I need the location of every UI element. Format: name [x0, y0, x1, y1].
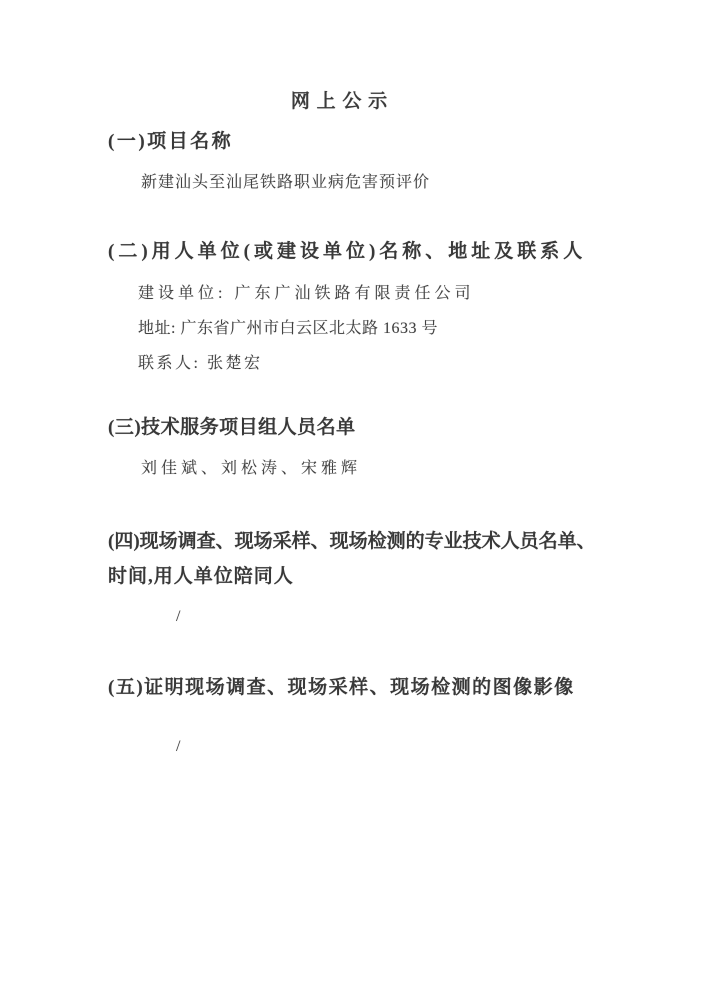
section-1-content-project-name: 新建汕头至汕尾铁路职业病危害预评价	[141, 173, 430, 193]
document-title: 网 上 公 示	[0, 90, 693, 114]
section-4-content-slash-placeholder: /	[176, 607, 180, 627]
section-4-heading-line-2: 时间,用人单位陪同人	[108, 565, 294, 589]
section-2-content-address: 地址: 广东省广州市白云区北太路 1633 号	[138, 319, 438, 339]
section-3-content-team-members: 刘佳斌、刘松涛、宋雅辉	[141, 459, 361, 479]
section-5-content-slash-placeholder: /	[176, 737, 180, 757]
section-2-heading: (二)用人单位(或建设单位)名称、地址及联系人	[108, 240, 586, 264]
section-1-heading: (一)项目名称	[108, 130, 233, 154]
section-3-heading: (三)技术服务项目组人员名单	[108, 416, 356, 440]
section-5-heading: (五)证明现场调查、现场采样、现场检测的图像影像	[108, 676, 575, 700]
document-page: 网 上 公 示 (一)项目名称 新建汕头至汕尾铁路职业病危害预评价 (二)用人单…	[0, 0, 707, 1000]
section-2-content-contact-person: 联系人: 张楚宏	[138, 354, 262, 374]
section-4-heading-line-1: (四)现场调查、现场采样、现场检测的专业技术人员名单、	[108, 530, 596, 554]
section-2-content-construction-unit: 建设单位: 广东广汕铁路有限责任公司	[138, 284, 474, 304]
